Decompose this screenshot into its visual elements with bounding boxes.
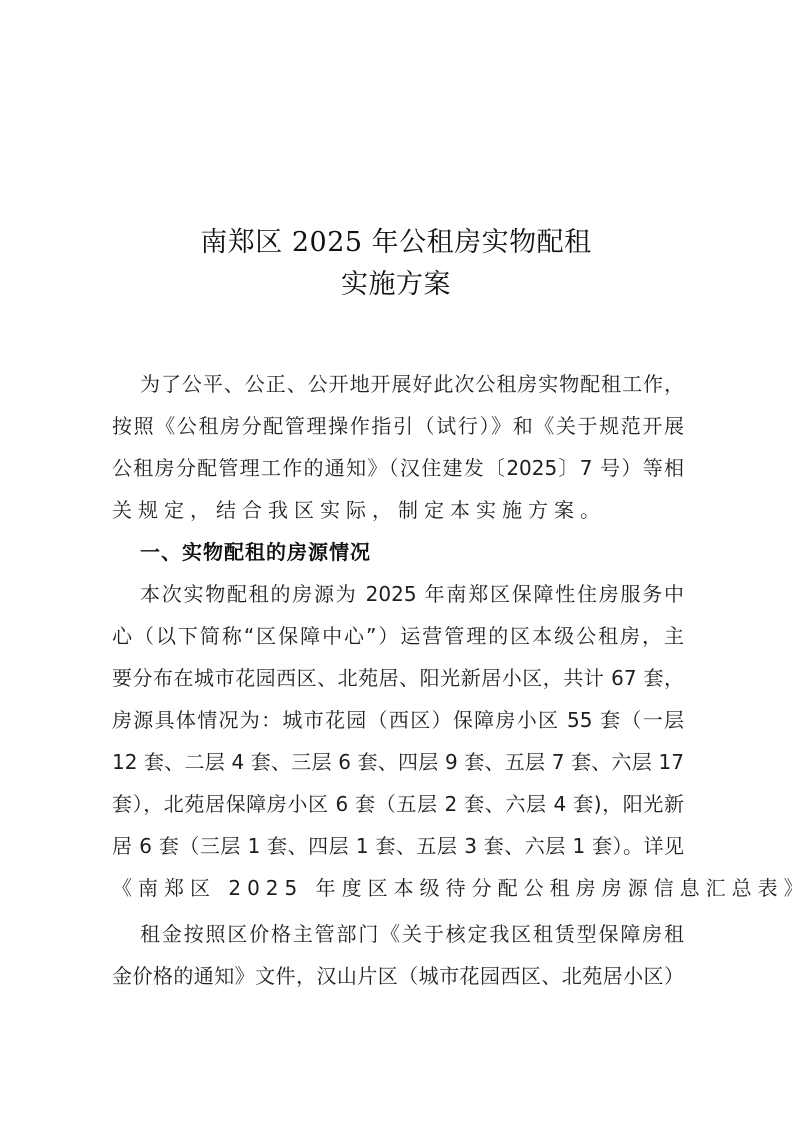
intro-paragraph-line: 按照《公租房分配管理操作指引（试行）》和《关于规范开展 xyxy=(112,412,684,440)
section-heading: 一、实物配租的房源情况 xyxy=(140,538,371,566)
section-paragraph-line: 要分布在城市花园西区、北苑居、阳光新居小区，共计 67 套， xyxy=(112,664,684,692)
section-paragraph-line: 居 6 套（三层 1 套、四层 1 套、五层 3 套、六层 1 套）。详见 xyxy=(112,832,684,860)
section-paragraph-line: 《南郑区 2025 年度区本级待分配公租房房源信息汇总表》。 xyxy=(112,874,684,902)
section-paragraph-line: 12 套、二层 4 套、三层 6 套、四层 9 套、五层 7 套、六层 17 xyxy=(112,748,684,776)
section-paragraph-line: 金价格的通知》文件，汉山片区（城市花园西区、北苑居小区） xyxy=(112,962,684,990)
document-title-line-1: 南郑区 2025 年公租房实物配租 xyxy=(0,226,792,260)
section-paragraph-line: 心（以下简称“区保障中心”）运营管理的区本级公租房，主 xyxy=(112,622,684,650)
section-paragraph-line: 套），北苑居保障房小区 6 套（五层 2 套、六层 4 套)，阳光新 xyxy=(112,790,684,818)
section-paragraph-line: 租金按照区价格主管部门《关于核定我区租赁型保障房租 xyxy=(140,920,684,948)
intro-paragraph-line: 为了公平、公正、公开地开展好此次公租房实物配租工作， xyxy=(140,370,684,398)
intro-paragraph-line: 公租房分配管理工作的通知》（汉住建发〔2025〕7 号）等相 xyxy=(112,454,684,482)
section-paragraph-line: 房源具体情况为：城市花园（西区）保障房小区 55 套（一层 xyxy=(112,706,684,734)
intro-paragraph-line: 关规定，结合我区实际，制定本实施方案。 xyxy=(112,496,684,524)
document-page: 南郑区 2025 年公租房实物配租 实施方案 为了公平、公正、公开地开展好此次公… xyxy=(0,0,792,1121)
document-title-line-2: 实施方案 xyxy=(0,268,792,302)
section-paragraph-line: 本次实物配租的房源为 2025 年南郑区保障性住房服务中 xyxy=(140,580,684,608)
